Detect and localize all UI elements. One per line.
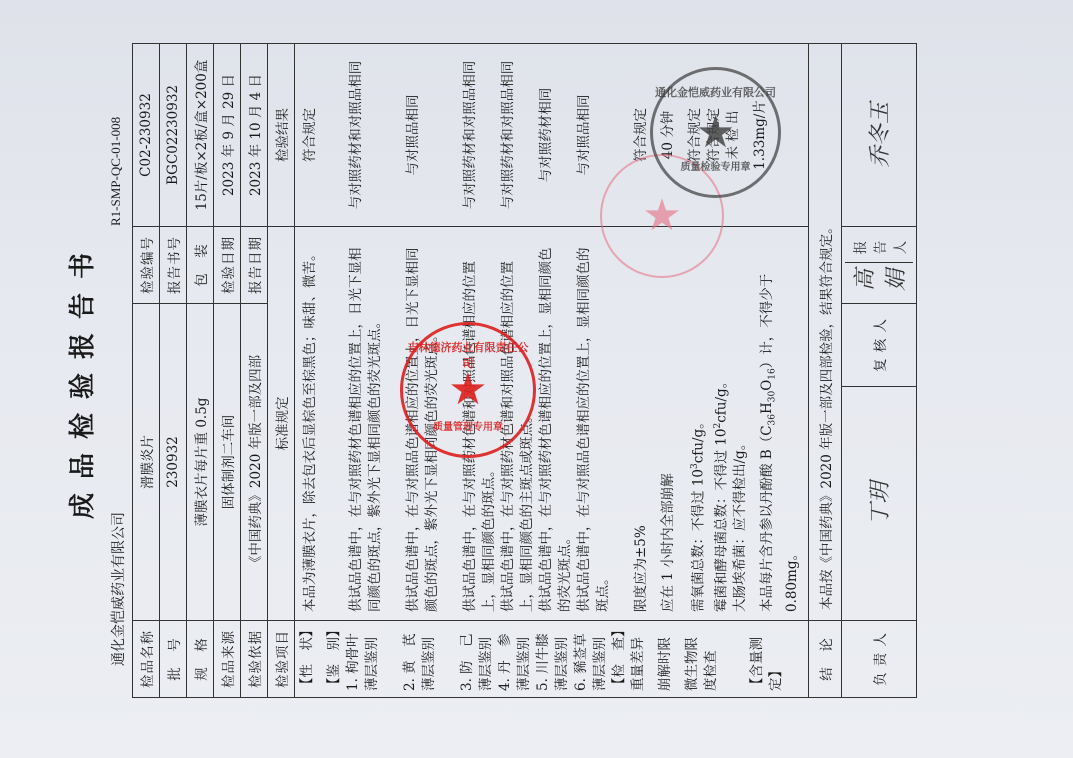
item-standards: 本品为薄膜衣片，除去包衣后显棕色至棕黑色；味甜、微苦。 供试品色谱中，在与对照药…: [295, 227, 809, 621]
star-icon: ★: [642, 194, 681, 238]
item-assay: 【含量测定】: [748, 627, 786, 691]
header-row: 检品来源 固体制剂二车间 检验日期 2023 年 9 月 29 日: [214, 44, 241, 698]
item-identification: 【鉴 别】: [325, 627, 344, 691]
star-icon: ★: [696, 111, 735, 155]
source-value: 固体制剂二车间: [214, 304, 241, 621]
reviewer-label: 复 核 人: [841, 304, 916, 387]
item-microbial: 微生物限度检查: [683, 627, 740, 691]
item-names: 【性 状】 【鉴 别】 1. 枸骨叶薄层鉴别 2. 黄 芪薄层鉴别 3. 防 己…: [295, 621, 809, 698]
standard-id6: 供试品色谱中，在与对照品色谱相应的位置上，显相同颜色的斑点。: [575, 235, 613, 612]
inspection-report-page: 成品检验报告书 通化金恺威药业有限公司 R1-SMP-QC-01-008 检品名…: [0, 0, 1073, 758]
gray-stamp-inner-text: 质量检验专用章: [653, 158, 778, 173]
item-disintegration: 崩解时限: [656, 627, 675, 691]
standard-assay: 本品每片含丹参以丹酚酸 B（C36H30O16）计，不得少于 0.80mg。: [758, 235, 802, 612]
report-date-label: 报告日期: [241, 227, 268, 304]
item-id4: 4. 丹 参薄层鉴别: [496, 627, 534, 691]
basis-label: 检验依据: [241, 621, 268, 698]
standard-microbial-ecoli: 大肠埃希菌：应不得检出/g。: [731, 235, 750, 612]
header-row: 规 格 薄膜衣片每片重 0.5g 包 装 15片/板×2板/盒×200盒: [187, 44, 214, 698]
reviewer-signature-text: 高娟: [845, 262, 913, 297]
report-title: 成品检验报告书: [62, 0, 99, 758]
responsible-label: 负 责 人: [841, 621, 916, 698]
standard-microbial-aerobic: 需氧菌总数：不得过 103cfu/g。: [686, 235, 709, 612]
reporter-signature: 乔冬玉: [841, 44, 916, 227]
star-icon: ★: [448, 368, 487, 412]
result-id5: 与对照药材相同: [537, 50, 575, 220]
standard-disintegration: 应在 1 小时内全部崩解: [659, 235, 678, 612]
red-stamp-inner-text: 质量管理专用章: [403, 418, 533, 433]
product-name-label: 检品名称: [133, 621, 160, 698]
items-header-row: 检验项目 标准规定 检验结果: [268, 44, 295, 698]
result-id2: 与对照品相同: [404, 50, 461, 220]
standard-id5: 供试品色谱中，在与对照药材色谱相应的位置上，显相同颜色的荧光斑点。: [537, 235, 575, 612]
standard-microbial-mold: 霉菌和酵母菌总数：不得过 102cfu/g。: [709, 235, 732, 612]
package-label: 包 装: [187, 227, 214, 304]
report-date-value: 2023 年 10 月 4 日: [241, 44, 268, 227]
test-date-label: 检验日期: [214, 227, 241, 304]
item-weight: 重量差异: [629, 627, 648, 691]
result-column-header: 检验结果: [268, 44, 295, 227]
standard-column-header: 标准规定: [268, 227, 295, 621]
result-character: 符合规定: [301, 50, 320, 220]
standard-character: 本品为薄膜衣片，除去包衣后显棕色至棕黑色；味甜、微苦。: [301, 235, 339, 612]
item-character: 【性 状】: [298, 627, 317, 691]
item-id5: 5. 川牛膝薄层鉴别: [534, 627, 572, 691]
batch-label: 批 号: [160, 621, 187, 698]
report-no-value: BGC02230932: [160, 44, 187, 227]
conclusion-text: 本品按《中国药典》2020 年版一部及四部检验，结果符合规定。: [808, 44, 841, 621]
report-no-label: 报告书号: [160, 227, 187, 304]
conclusion-row: 结 论 本品按《中国药典》2020 年版一部及四部检验，结果符合规定。: [808, 44, 841, 698]
package-value: 15片/板×2板/盒×200盒: [187, 44, 214, 227]
result-id1: 与对照药材和对照品相同: [347, 50, 404, 220]
signature-row: 负 责 人 丁玥 复 核 人 高娟 报 告 人 乔冬玉: [841, 44, 916, 698]
standard-weight: 限度应为±5%: [632, 235, 651, 612]
spec-value: 薄膜衣片每片重 0.5g: [187, 304, 214, 621]
company-red-stamp: 吉林德济药业有限责任公司 ★ 质量管理专用章: [400, 322, 536, 458]
red-stamp-ring-text: 吉林德济药业有限责任公司: [403, 339, 533, 371]
qc-gray-stamp: 通化金恺威药业有限公司 ★ 质量检验专用章: [650, 67, 781, 198]
item-id3: 3. 防 己薄层鉴别: [458, 627, 496, 691]
item-column-header: 检验项目: [268, 621, 295, 698]
header-row: 检品名称 滑膜炎片 检验编号 C02-230932: [133, 44, 160, 698]
product-name-value: 滑膜炎片: [133, 304, 160, 621]
header-row: 批 号 230932 报告书号 BGC02230932: [160, 44, 187, 698]
reporter-label: 报 告 人: [845, 233, 913, 262]
conclusion-label: 结 论: [808, 621, 841, 698]
responsible-signature: 丁玥: [841, 387, 916, 621]
item-id6: 6. 豨莶草薄层鉴别: [572, 627, 610, 691]
source-label: 检品来源: [214, 621, 241, 698]
basis-value: 《中国药典》2020 年版一部及四部: [241, 304, 268, 621]
spec-label: 规 格: [187, 621, 214, 698]
header-row: 检验依据 《中国药典》2020 年版一部及四部 报告日期 2023 年 10 月…: [241, 44, 268, 698]
result-id4: 与对照药材和对照品相同: [499, 50, 537, 220]
standard-id1: 供试品色谱中，在与对照药材色谱相应的位置上，日光下显相同颜色的斑点，紫外光下显相…: [347, 235, 404, 612]
form-number: R1-SMP-QC-01-008: [108, 117, 124, 226]
gray-stamp-ring-text: 通化金恺威药业有限公司: [653, 84, 778, 100]
item-id2: 2. 黄 芪薄层鉴别: [401, 627, 458, 691]
test-date-value: 2023 年 9 月 29 日: [214, 44, 241, 227]
item-check: 【检 查】: [610, 627, 629, 691]
test-no-value: C02-230932: [133, 44, 160, 227]
test-no-label: 检验编号: [133, 227, 160, 304]
reviewer-signature: 高娟 报 告 人: [841, 227, 916, 304]
item-id1: 1. 枸骨叶薄层鉴别: [344, 627, 401, 691]
company-name: 通化金恺威药业有限公司: [108, 512, 128, 666]
batch-value: 230932: [160, 304, 187, 621]
result-id3: 与对照药材和对照品相同: [461, 50, 499, 220]
